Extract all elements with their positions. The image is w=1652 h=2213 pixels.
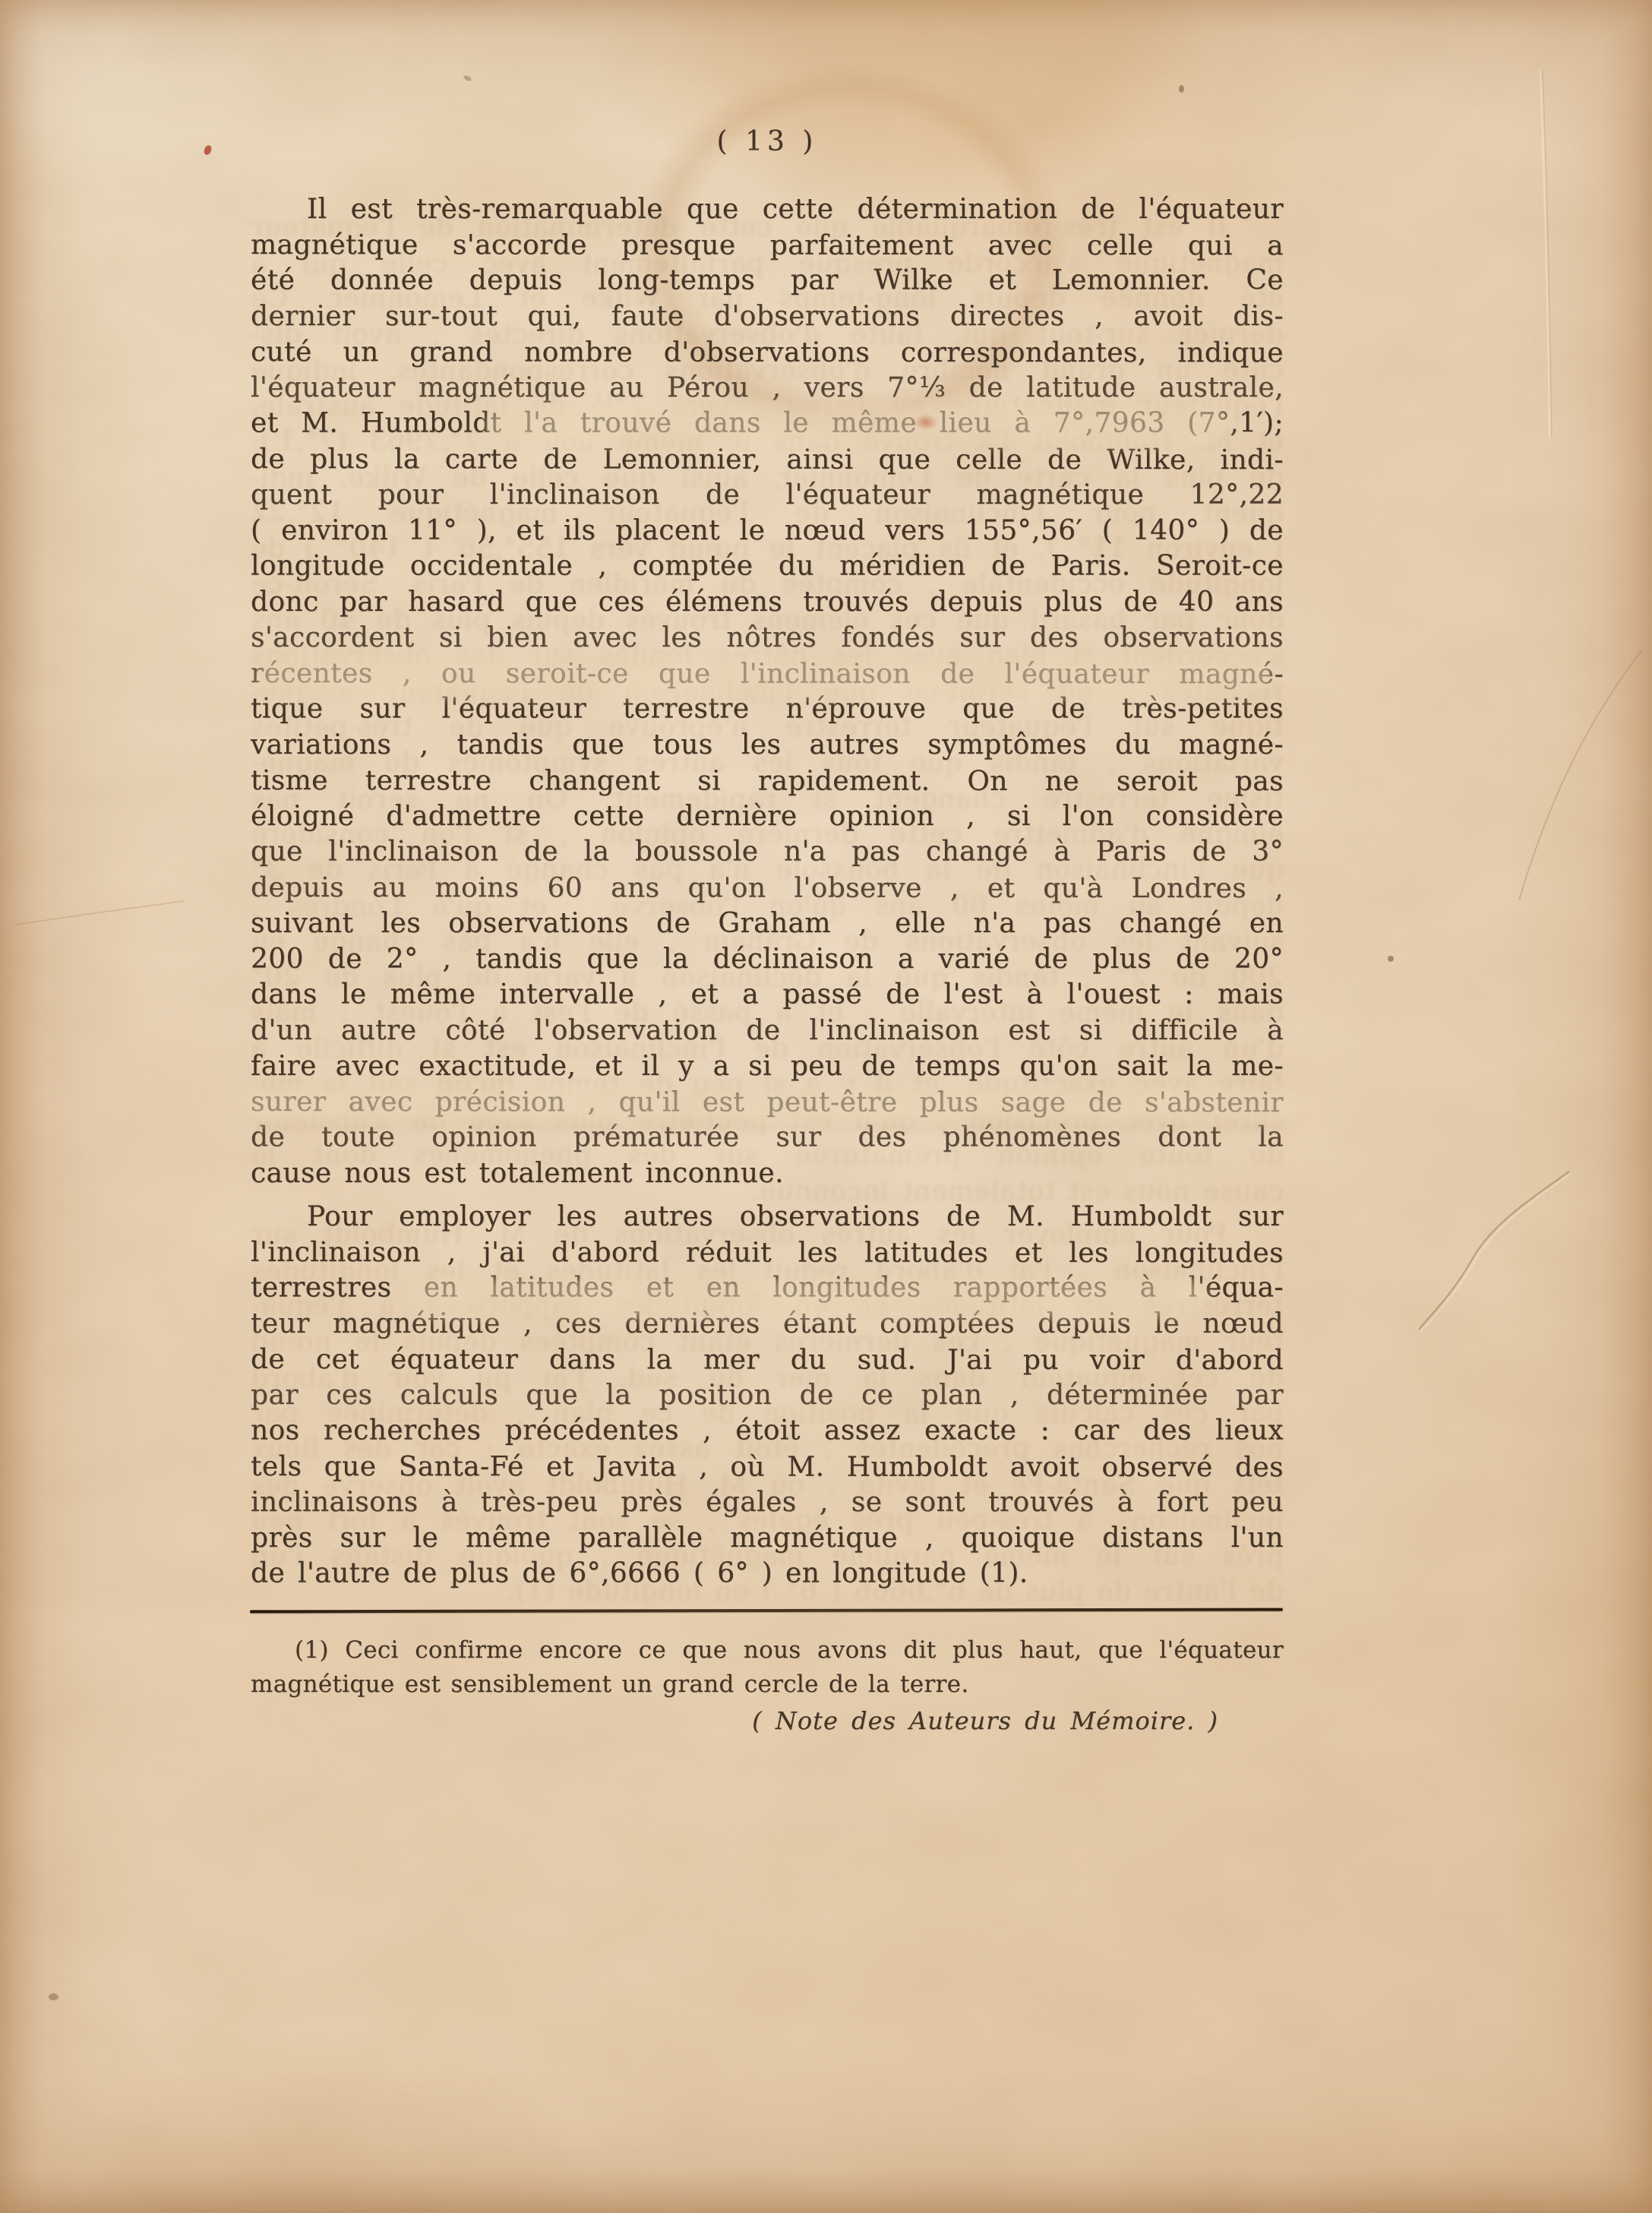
page-number: ( 13 ) xyxy=(251,126,1284,157)
text-line: dans le même intervalle , et a passé de … xyxy=(251,977,1284,1013)
text-line: tels que Santa-Fé et Javita , où M. Humb… xyxy=(251,1449,1284,1485)
text-line: de l'autre de plus de 6°,6666 ( 6° ) en … xyxy=(251,1556,1284,1592)
text-line: cause nous est totalement inconnue. xyxy=(251,1156,1284,1191)
text-line: ( environ 11° ), et ils placent le nœud … xyxy=(251,513,1284,549)
paragraph-2: Pour employer les autres observations de… xyxy=(251,1199,1284,1592)
text-line: d'un autre côté l'observation de l'incli… xyxy=(251,1013,1284,1048)
text-line: suivant les observations de Graham , ell… xyxy=(251,906,1284,941)
text-line: nos recherches précédentes , étoit assez… xyxy=(251,1413,1284,1449)
text-line: par ces calculs que la position de ce pl… xyxy=(251,1377,1284,1413)
foxing-spot xyxy=(1388,956,1394,962)
text-line: quent pour l'inclinaison de l'équateur m… xyxy=(251,477,1284,513)
text-line: faire avec exactitude, et il y a si peu … xyxy=(251,1048,1284,1084)
text-line: dernier sur-tout qui, faute d'observatio… xyxy=(251,299,1284,334)
text-line: été donnée depuis long-temps par Wilke e… xyxy=(251,263,1284,299)
foxing-spot xyxy=(49,1993,58,2000)
faded-patch xyxy=(410,1278,1208,1319)
text-line: s'accordent si bien avec les nôtres fond… xyxy=(251,620,1284,656)
text-line: Pour employer les autres observations de… xyxy=(251,1199,1284,1235)
text-line: que l'inclinaison de la boussole n'a pas… xyxy=(251,834,1284,870)
text-line: 200 de 2° , tandis que la déclinaison a … xyxy=(251,941,1284,977)
text-line: l'inclinaison , j'ai d'abord réduit les … xyxy=(251,1235,1284,1271)
text-line: cuté un grand nombre d'observations corr… xyxy=(251,334,1284,371)
body-text: Il est très-remarquable que cette déterm… xyxy=(251,191,1284,1592)
foxing-spot xyxy=(1179,85,1184,93)
text-line: longitude occidentale , comptée du mérid… xyxy=(251,549,1284,584)
footnote-line: (1) Ceci confirme encore ce que nous avo… xyxy=(251,1633,1284,1668)
footnote: (1) Ceci confirme encore ce que nous avo… xyxy=(251,1633,1284,1738)
text-line: tisme terrestre changent si rapidement. … xyxy=(251,763,1284,799)
text-line: magnétique s'accorde presque parfaitemen… xyxy=(251,227,1284,264)
text-line: de toute opinion prématurée sur des phén… xyxy=(251,1120,1284,1156)
text-line: Il est très-remarquable que cette déterm… xyxy=(251,191,1284,227)
faded-patch xyxy=(255,655,1273,699)
rust-stain-on-text xyxy=(914,414,938,431)
footnote-lines: (1) Ceci confirme encore ce que nous avo… xyxy=(251,1633,1284,1702)
scanned-document-page: Il est très-remarquable que cette déterm… xyxy=(0,0,1652,2213)
text-line: depuis au moins 60 ans qu'on l'observe ,… xyxy=(251,870,1284,906)
text-line: de cet équateur dans la mer du sud. J'ai… xyxy=(251,1342,1284,1378)
text-line: donc par hasard que ces élémens trouvés … xyxy=(251,584,1284,620)
text-line: inclinaisons à très-peu près égales , se… xyxy=(251,1484,1284,1520)
text-line: près sur le même parallèle magnétique , … xyxy=(251,1520,1284,1556)
text-line: variations , tandis que tous les autres … xyxy=(251,727,1284,763)
text-line: l'équateur magnétique au Pérou , vers 7°… xyxy=(251,370,1284,406)
horizontal-press-crease xyxy=(242,1086,1299,1124)
faded-patch xyxy=(486,404,1230,447)
text-line: éloigné d'admettre cette dernière opinio… xyxy=(251,798,1284,834)
text-line: de plus la carte de Lemonnier, ainsi que… xyxy=(251,441,1284,478)
footnote-attribution: ( Note des Auteurs du Mémoire. ) xyxy=(251,1704,1284,1738)
footnote-line: magnétique est sensiblement un grand cer… xyxy=(251,1668,1284,1702)
